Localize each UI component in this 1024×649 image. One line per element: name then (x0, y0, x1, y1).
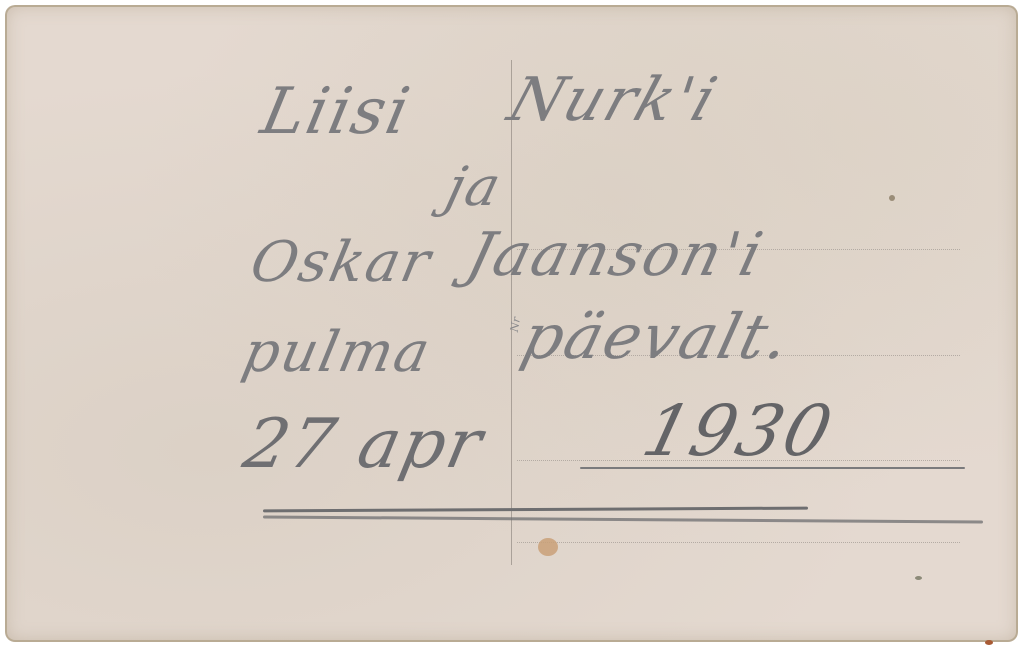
handwritten-name-surname: Nurk'i (500, 65, 727, 135)
underline-flourish-lower (263, 515, 983, 523)
handwritten-date-year: 1930 (635, 390, 842, 472)
handwritten-event-day: päevalt. (515, 300, 799, 373)
handwritten-event: pulma (237, 320, 437, 385)
handwritten-name-first: Liisi (255, 75, 417, 149)
small-printed-mark: Nr (508, 316, 523, 333)
date-underline (580, 467, 965, 469)
postcard-back: Liisi Nurk'i ja Oskar Jaanson'i pulma pä… (5, 5, 1018, 642)
underline-flourish-upper (263, 507, 808, 513)
handwritten-groom-first: Oskar (245, 230, 438, 295)
foxing-stain (985, 640, 993, 645)
foxing-stain (889, 195, 895, 201)
foxing-stain (915, 576, 922, 580)
printed-center-divider (511, 60, 512, 565)
printed-address-rule-4 (517, 542, 960, 544)
handwritten-conjunction: ja (440, 155, 509, 218)
handwritten-date-day-month: 27 apr (237, 405, 491, 484)
handwritten-groom-surname: Jaanson'i (460, 220, 771, 290)
foxing-stain (538, 538, 558, 556)
